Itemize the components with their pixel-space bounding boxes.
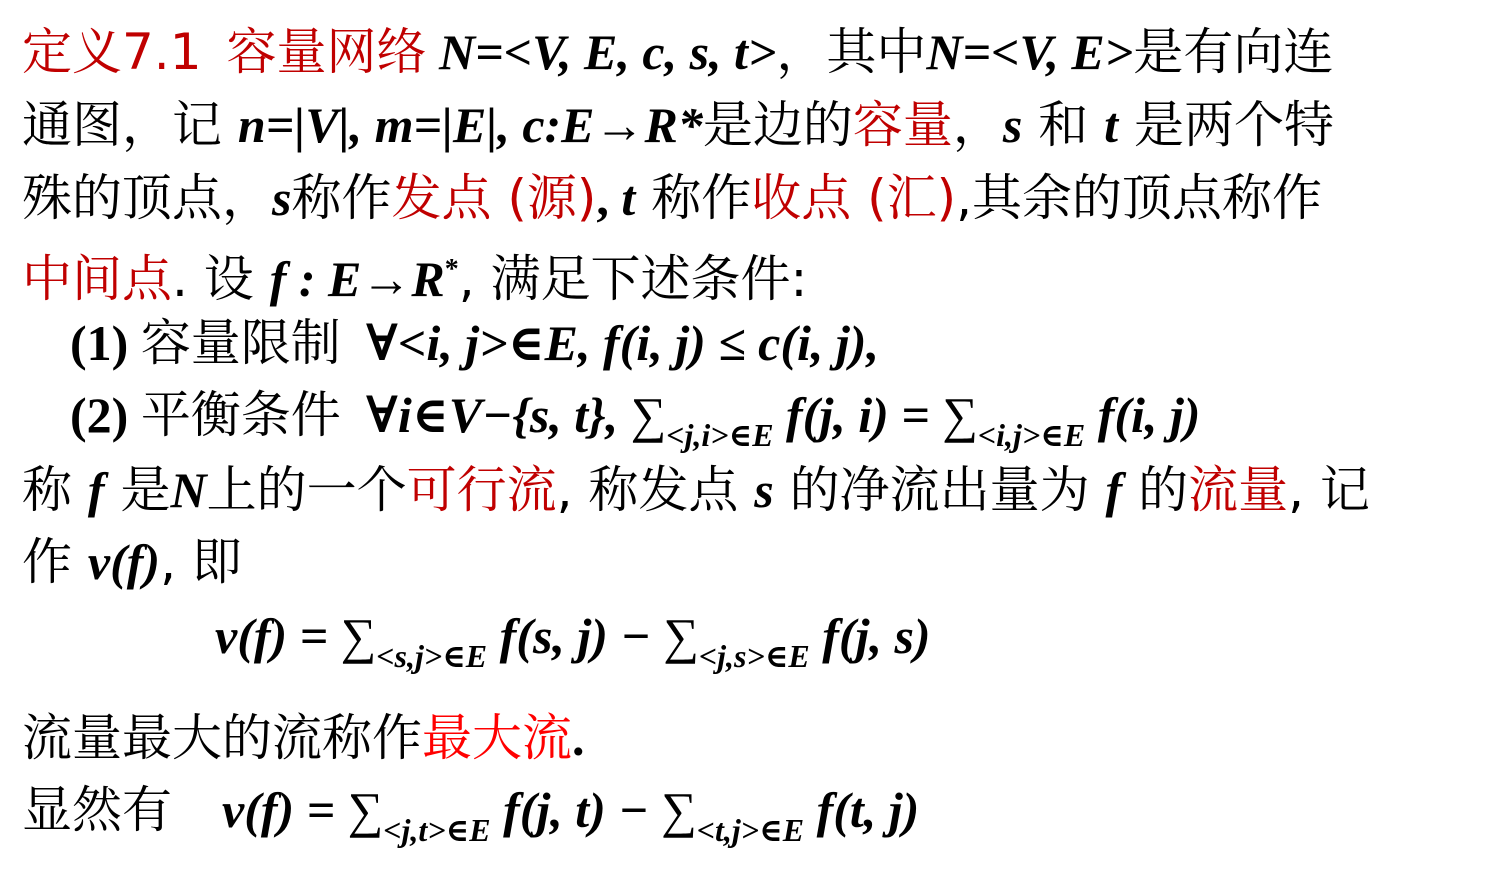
max-flow-line: 流量最大的流称作最大流.	[22, 708, 585, 768]
graph-tuple: N=<V, E>	[926, 24, 1133, 80]
text: 称作	[291, 169, 391, 227]
superscript: *	[445, 254, 459, 285]
condition-formula: ∀i∈V−{s, t},	[366, 387, 631, 443]
text: 是两个特	[1118, 96, 1334, 154]
text: 的	[1122, 461, 1188, 519]
text: 是边的	[703, 96, 853, 154]
condition-number: (1)	[70, 315, 128, 371]
sum-symbol: ∑	[942, 387, 978, 443]
term: f(s, j) −	[487, 608, 663, 664]
term-capacity: 容量	[853, 96, 953, 154]
term-sink: 收点 (汇)	[751, 169, 956, 227]
sum-symbol: ∑	[348, 782, 384, 838]
feasible-flow-line: 称 f 是N上的一个可行流, 称发点 s 的净流出量为 f 的流量, 记	[22, 460, 1370, 520]
var-N: N	[170, 462, 206, 518]
text: ，	[953, 96, 1003, 154]
text: 和	[1022, 96, 1104, 154]
text: 流量最大的流称作	[22, 709, 422, 767]
obviously-line: 显然有 v(f) = ∑<j,t>∈E f(j, t) − ∑<t,j>∈E f…	[22, 780, 919, 860]
text: , 记	[1288, 461, 1370, 519]
text: , 满足下述条件:	[459, 250, 808, 308]
condition-name: 平衡条件	[141, 386, 341, 444]
text: 作	[22, 533, 88, 591]
term-flow-value: 流量	[1188, 461, 1288, 519]
var-f: f	[88, 462, 105, 518]
definition-line-1: 定义7.1 容量网络 N=<V, E, c, s, t>，其中N=<V, E>是…	[22, 22, 1333, 82]
sum-symbol: ∑	[341, 608, 377, 664]
term: f(t, j)	[804, 782, 919, 838]
var-s: s	[1003, 97, 1022, 153]
text: 殊的顶点，	[22, 169, 272, 227]
definition-term: 容量网络	[227, 23, 427, 81]
sum-subscript: <j,i>∈E	[666, 417, 773, 453]
text: 称作	[635, 169, 751, 227]
text: 上的一个	[207, 461, 407, 519]
term-source: 发点 (源)	[391, 169, 596, 227]
flow-value-notation: v(f)	[88, 534, 160, 590]
sum-subscript: <j,t>∈E	[383, 812, 490, 848]
sum-subscript: <j,s>∈E	[699, 638, 810, 674]
sum-symbol: ∑	[631, 387, 667, 443]
formula-lhs: v(f) =	[222, 782, 348, 838]
var-t: t	[1104, 97, 1118, 153]
sum-subscript: <t,j>∈E	[697, 812, 804, 848]
text: ,其余的顶点称作	[956, 169, 1322, 227]
sum-subscript: <i,j>∈E	[978, 417, 1085, 453]
text: .	[572, 710, 585, 766]
definition-label: 定义7.1	[22, 23, 202, 81]
text: , 即	[160, 533, 242, 591]
sum-subscript: <s,j>∈E	[376, 638, 487, 674]
var-s: s	[272, 170, 291, 226]
text: 称	[22, 461, 88, 519]
network-tuple: N=<V, E, c, s, t>	[439, 24, 776, 80]
definition-line-2: 通图，记 n=|V|, m=|E|, c:E→R*是边的容量，s 和 t 是两个…	[22, 95, 1334, 155]
var-s: s	[754, 462, 773, 518]
text: . 设	[172, 250, 270, 308]
term: f(j, t) −	[491, 782, 662, 838]
mapping: : E→R	[286, 251, 444, 307]
definition-line-4: 中间点. 设 f : E→R*, 满足下述条件:	[22, 240, 807, 309]
text: 是有向连	[1133, 23, 1333, 81]
condition-name: 容量限制	[141, 314, 341, 372]
text: , 称发点	[557, 461, 755, 519]
formula-lhs: v(f) =	[215, 608, 341, 664]
condition-1: (1) 容量限制 ∀<i, j>∈E, f(i, j) ≤ c(i, j),	[70, 313, 879, 373]
var-f: f	[1106, 462, 1123, 518]
term-intermediate: 中间点	[22, 250, 172, 308]
text: ,	[596, 170, 621, 226]
condition-2: (2) 平衡条件 ∀i∈V−{s, t}, ∑<j,i>∈E f(j, i) =…	[70, 385, 1200, 465]
var-f: f	[270, 251, 287, 307]
term-feasible-flow: 可行流	[407, 461, 557, 519]
sum-symbol: ∑	[661, 782, 697, 838]
text: 是	[105, 461, 171, 519]
condition-formula: ∀<i, j>∈E, f(i, j) ≤ c(i, j),	[366, 315, 879, 371]
notation: n=|V|, m=|E|, c:E→R*	[238, 97, 703, 153]
condition-number: (2)	[70, 387, 128, 443]
term: f(j, s)	[810, 608, 931, 664]
term: f(i, j)	[1085, 387, 1200, 443]
term: f(j, i) =	[774, 387, 943, 443]
sum-symbol: ∑	[663, 608, 699, 664]
definition-line-3: 殊的顶点，s称作发点 (源), t 称作收点 (汇),其余的顶点称作	[22, 168, 1322, 228]
text: 显然有	[22, 781, 172, 839]
var-t: t	[621, 170, 635, 226]
term-max-flow: 最大流	[422, 709, 572, 767]
text: ，其中	[776, 23, 926, 81]
text: 的净流出量为	[774, 461, 1106, 519]
text: 通图，记	[22, 96, 238, 154]
flow-value-formula: v(f) = ∑<s,j>∈E f(s, j) − ∑<j,s>∈E f(j, …	[215, 606, 931, 686]
notation-line: 作 v(f), 即	[22, 532, 242, 592]
